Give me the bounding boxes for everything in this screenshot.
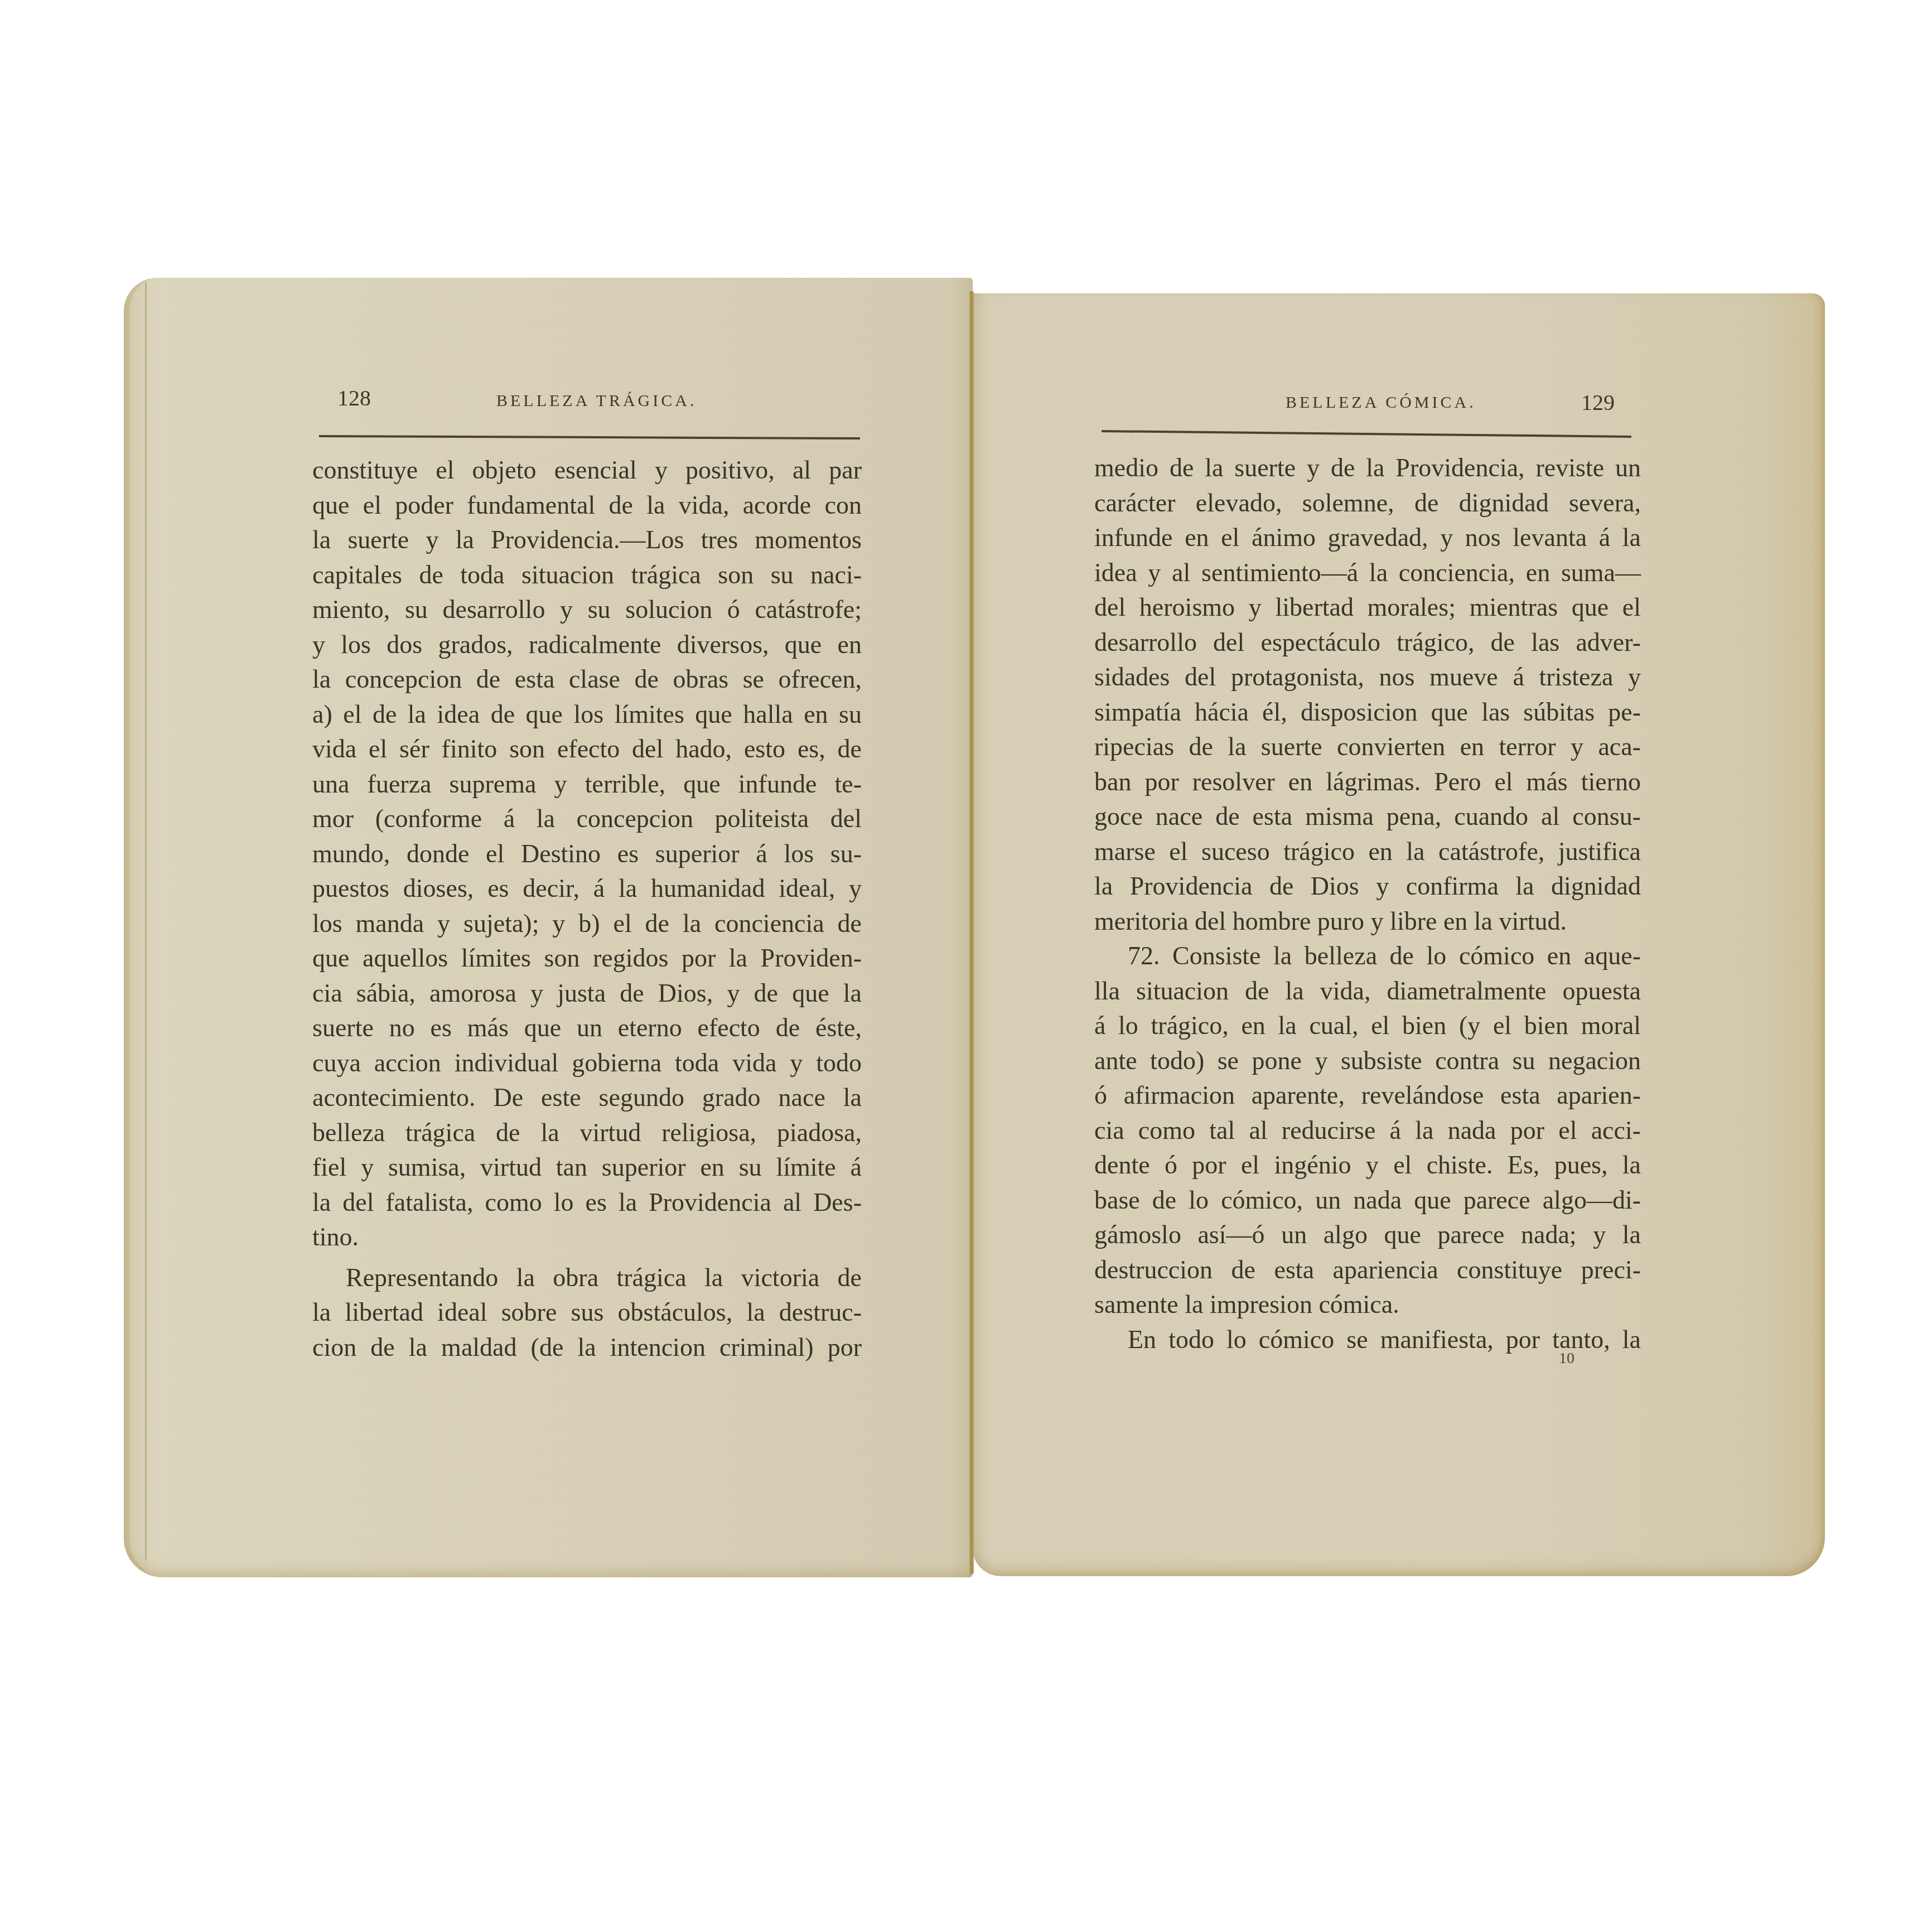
text-line: ripecias de la suerte convierten en terr… <box>1094 730 1641 765</box>
text-line: destruccion de esta apariencia constituy… <box>1094 1253 1641 1288</box>
text-line: la Providencia de Dios y confirma la dig… <box>1094 869 1641 904</box>
text-line: carácter elevado, solemne, de dignidad s… <box>1094 486 1641 521</box>
left-running-title: BELLEZA TRÁGICA. <box>496 392 697 410</box>
text-line: capitales de toda situacion trágica son … <box>312 558 862 593</box>
text-line: meritoria del hombre puro y libre en la … <box>1094 904 1641 939</box>
open-book: 128 BELLEZA TRÁGICA. constituye el objet… <box>0 0 1932 1932</box>
text-line: belleza trágica de la virtud religiosa, … <box>312 1115 862 1151</box>
text-line: suerte no es más que un eterno efecto de… <box>312 1011 862 1046</box>
text-line: a) el de la idea de que los límites que … <box>312 697 862 732</box>
text-line: simpatía hácia él, disposicion que las s… <box>1094 695 1641 730</box>
text-line: del heroismo y libertad morales; mientra… <box>1094 590 1641 625</box>
text-line: gámoslo así—ó un algo que parece nada; y… <box>1094 1218 1641 1253</box>
text-line: la del fatalista, como lo es la Providen… <box>312 1185 862 1220</box>
text-line: goce nace de esta misma pena, cuando al … <box>1094 799 1641 834</box>
text-line: la suerte y la Providencia.—Los tres mom… <box>312 523 862 558</box>
text-line: que el poder fundamental de la vida, aco… <box>312 488 862 523</box>
right-page-number: 129 <box>1581 389 1615 416</box>
text-line: marse el suceso trágico en la catástrofe… <box>1094 834 1641 870</box>
text-line: cion de la maldad (de la intencion crimi… <box>312 1330 862 1365</box>
text-line: ante todo) se pone y subsiste contra su … <box>1094 1044 1641 1079</box>
text-line: que aquellos límites son regidos por la … <box>312 941 862 976</box>
text-line: cia como tal al reducirse á la nada por … <box>1094 1113 1641 1148</box>
text-line: los manda y sujeta); y b) el de la conci… <box>312 906 862 941</box>
text-line: la concepcion de esta clase de obras se … <box>312 662 862 697</box>
text-line: tino. <box>312 1220 862 1255</box>
text-line: desarrollo del espectáculo trágico, de l… <box>1094 625 1641 660</box>
text-line: cia sábia, amorosa y justa de Dios, y de… <box>312 976 862 1011</box>
text-line: infunde en el ánimo gravedad, y nos leva… <box>1094 520 1641 556</box>
text-line: dente ó por el ingénio y el chiste. Es, … <box>1094 1148 1641 1183</box>
left-page-body: constituye el objeto esencial y positivo… <box>312 453 862 1365</box>
text-line: mor (conforme á la concepcion politeista… <box>312 801 862 837</box>
text-line: cuya accion individual gobierna toda vid… <box>312 1046 862 1081</box>
left-page-number: 128 <box>337 385 371 411</box>
text-line: 72. Consiste la belleza de lo cómico en … <box>1094 939 1641 974</box>
text-line: fiel y sumisa, virtud tan superior en su… <box>312 1150 862 1185</box>
text-line: la libertad ideal sobre sus obstáculos, … <box>312 1295 862 1330</box>
text-line: lla situacion de la vida, diametralmente… <box>1094 974 1641 1009</box>
text-line: Representando la obra trágica la victori… <box>312 1260 862 1296</box>
text-line: y los dos grados, radicalmente diversos,… <box>312 627 862 663</box>
text-line: puestos dioses, es decir, á la humanidad… <box>312 871 862 906</box>
signature-mark: 10 <box>1559 1350 1574 1368</box>
text-line: medio de la suerte y de la Providencia, … <box>1094 451 1641 486</box>
book-gutter <box>969 291 974 1574</box>
text-line: miento, su desarrollo y su solucion ó ca… <box>312 592 862 627</box>
text-line: acontecimiento. De este segundo grado na… <box>312 1080 862 1115</box>
text-line: á lo trágico, en la cual, el bien (y el … <box>1094 1008 1641 1044</box>
text-line: vida el sér finito son efecto del hado, … <box>312 732 862 767</box>
text-line: constituye el objeto esencial y positivo… <box>312 453 862 488</box>
text-line: una fuerza suprema y terrible, que infun… <box>312 767 862 802</box>
text-line: ban por resolver en lágrimas. Pero el má… <box>1094 765 1641 800</box>
right-running-title: BELLEZA CÓMICA. <box>1286 393 1476 412</box>
text-line: base de lo cómico, un nada que parece al… <box>1094 1183 1641 1218</box>
text-line: mundo, donde el Destino es superior á lo… <box>312 837 862 872</box>
text-line: samente la impresion cómica. <box>1094 1287 1641 1322</box>
text-line: sidades del protagonista, nos mueve á tr… <box>1094 660 1641 695</box>
text-line: ó afirmacion aparente, revelándose esta … <box>1094 1078 1641 1113</box>
right-page-body: medio de la suerte y de la Providencia, … <box>1094 451 1641 1357</box>
text-line: idea y al sentimiento—á la conciencia, e… <box>1094 556 1641 591</box>
